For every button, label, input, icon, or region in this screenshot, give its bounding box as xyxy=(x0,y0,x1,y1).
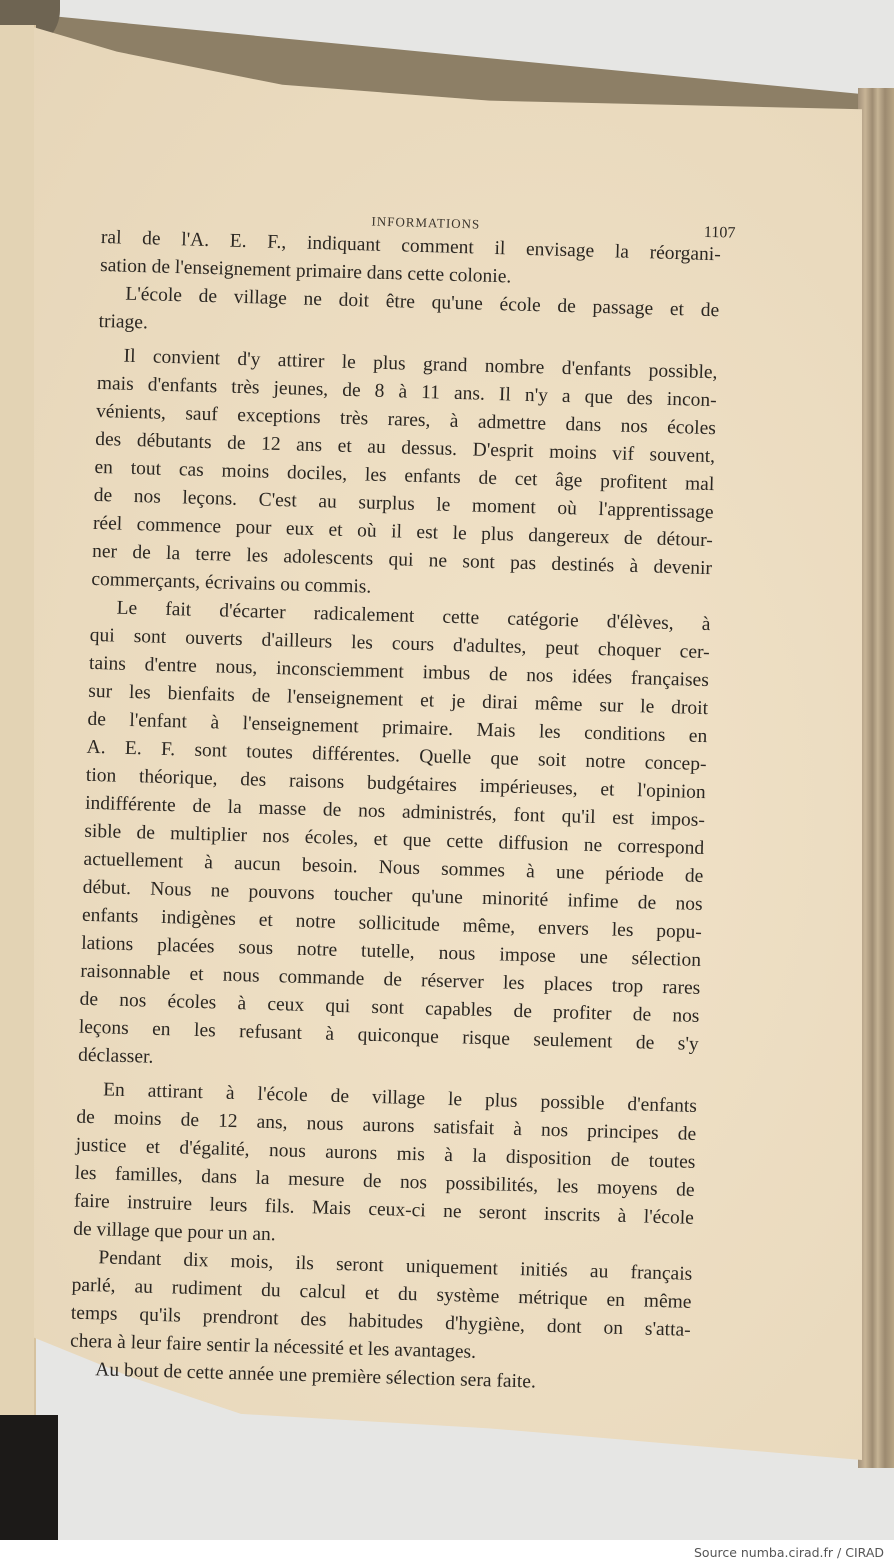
running-title: INFORMATIONS xyxy=(371,208,481,239)
paragraph: Pendant dix mois, ils seront uniquement … xyxy=(70,1244,713,1374)
scanned-book-photo: INFORMATIONS 1107 ral de l'A. E. F., ind… xyxy=(0,0,894,1540)
page-number: 1107 xyxy=(704,219,736,248)
book-cover-bottom xyxy=(0,1415,58,1540)
paragraph: Il convient d'y attirer le plus grand no… xyxy=(91,342,738,612)
paragraph: Le fait d'écarter radicalement cette cat… xyxy=(78,594,731,1088)
facing-page-edge xyxy=(0,25,36,1425)
source-credit: Source numba.cirad.fr / CIRAD xyxy=(694,1545,884,1560)
paragraph: En attirant à l'école de village le plus… xyxy=(73,1076,717,1262)
page-text-block: INFORMATIONS 1107 ral de l'A. E. F., ind… xyxy=(69,200,742,1401)
page-stack-right-edge xyxy=(858,88,894,1468)
